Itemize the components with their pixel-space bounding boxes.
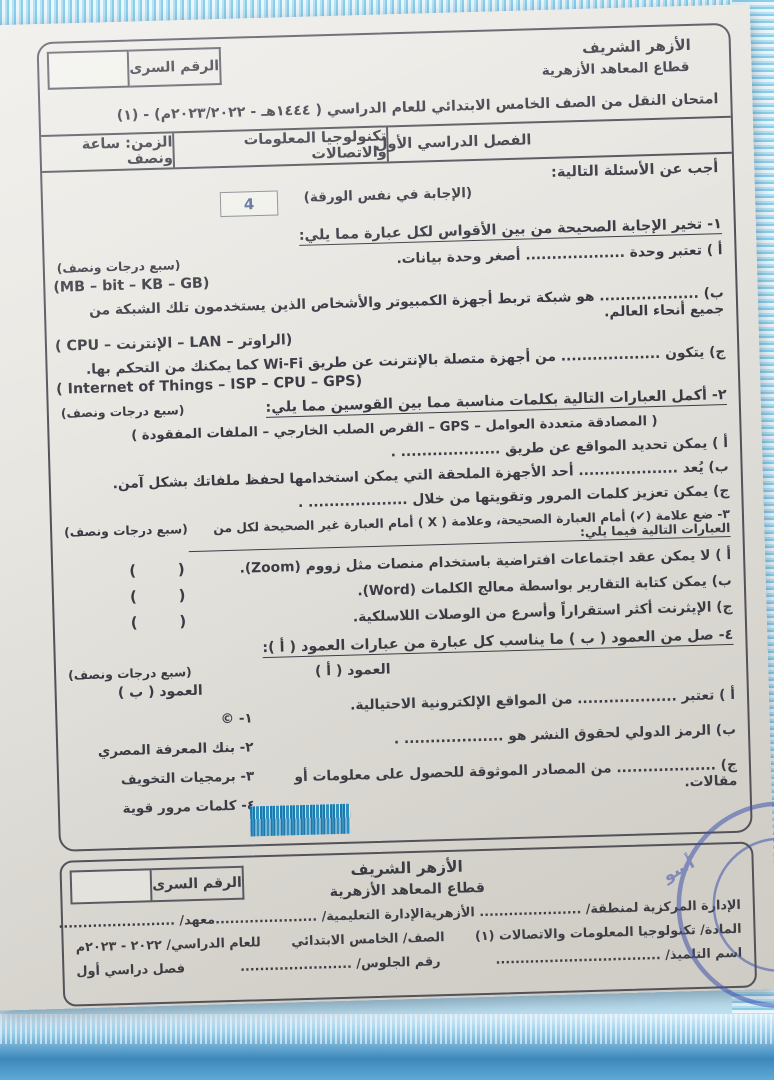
q2-item-c-text: ج) يمكن تعزيز كلمات المرور وتقويتها من خ… (298, 483, 730, 511)
book-edge-bottom (0, 1014, 774, 1080)
subject-cell: تكنولوجيا المعلومات والاتصالات (172, 128, 387, 168)
footer-secret-number-box: الرقم السرى (70, 866, 245, 905)
exam-footer-box: الرقم السرى الأزهر الشريف قطاع المعاهد ا… (59, 841, 757, 1006)
q3-item-b-answer-bracket: ( ) (130, 586, 186, 606)
term-field: فصل دراسي أول (76, 961, 185, 979)
q4-marks: (سبع درجات ونصف) (68, 664, 252, 683)
time-cell: الزمن: ساعة ونصف (41, 134, 173, 172)
seat-number-field: رقم الجلوس/ ....................... (240, 954, 441, 975)
q4-col-b-item-2: ٢- بنك المعرفة المصري (70, 740, 254, 761)
q4-col-b-item-1: ١- © (69, 711, 253, 732)
q3-item-b-text: ب) يمكن كتابة التقارير بواسطة معالج الكل… (357, 573, 732, 599)
q2-marks: (سبع درجات ونصف) (61, 403, 185, 420)
q3-item-c-text: ج) الإيثرنت أكثر استقراراً وأسرع من الوص… (353, 599, 733, 626)
exam-paper: الرقم السرى الأزهر الشريف قطاع المعاهد ا… (0, 4, 774, 1010)
q1-marks: (سبع درجات ونصف) (57, 258, 181, 275)
q4-column-a: العمود ( أ ) أ ) تعتبر .................… (251, 650, 738, 813)
edu-admin-field: الإدارة التعليمية/ ..................... (215, 907, 424, 928)
q3-item-a-answer-bracket: ( ) (129, 560, 185, 580)
secret-number-field (47, 50, 130, 90)
azhar-round-stamp-icon: أسوان الأزهرية (664, 789, 774, 1021)
stamp-outer-ring (676, 801, 774, 1009)
q4-col-b-item-4: ٤- كلمات مرور قوية (72, 798, 256, 819)
stamp-inner-ring (712, 837, 774, 973)
q4-col-a-item-1: أ ) تعتبر ................... من المواقع… (252, 687, 735, 716)
q4-column-b-header: العمود ( ب ) (68, 682, 252, 703)
footer-secret-number-label: الرقم السرى (152, 866, 245, 903)
page-number-box: 4 (220, 191, 279, 218)
footer-secret-number-field (70, 868, 153, 904)
q3-item-c-answer-bracket: ( ) (130, 612, 186, 632)
same-paper-note: (الإجابة في نفس الورقة) (303, 185, 472, 206)
grade-field: الصف/ الخامس الابتدائي (291, 930, 445, 949)
q2-item-a-text: أ ) يمكن تحديد المواقع عن طريق .........… (390, 435, 728, 460)
q1-title: ١- تخير الإجابة الصحيحة من بين الأقواس ل… (299, 216, 722, 246)
barcode (250, 804, 351, 837)
q4-col-b-item-3: ٣- برمجيات التخويف (71, 769, 255, 790)
exam-main-box: الرقم السرى الأزهر الشريف قطاع المعاهد ا… (36, 23, 752, 852)
term-cell: الفصل الدراسي الأول (386, 118, 732, 162)
q4-matching-area: العمود ( أ ) أ ) تعتبر .................… (68, 650, 738, 819)
year-field: للعام الدراسي/ ٢٠٢٢ - ٢٠٢٣م (76, 935, 261, 955)
q3-title: ٣- ضع علامة (✔) أمام العبارة الصحيحة، وع… (188, 507, 731, 552)
institute-field: معهد/ ........................ (58, 913, 215, 932)
secret-number-box: الرقم السرى (47, 47, 222, 90)
q4-col-a-item-2: ب) الرمز الدولي لحقوق النشر هو .........… (253, 722, 736, 751)
q3-marks: (سبع درجات ونصف) (64, 522, 188, 539)
secret-number-label: الرقم السرى (129, 47, 222, 88)
exam-content: الرقم السرى الأزهر الشريف قطاع المعاهد ا… (0, 4, 774, 1010)
q4-column-b: (سبع درجات ونصف) العمود ( ب ) ١- © ٢- بن… (68, 664, 255, 819)
